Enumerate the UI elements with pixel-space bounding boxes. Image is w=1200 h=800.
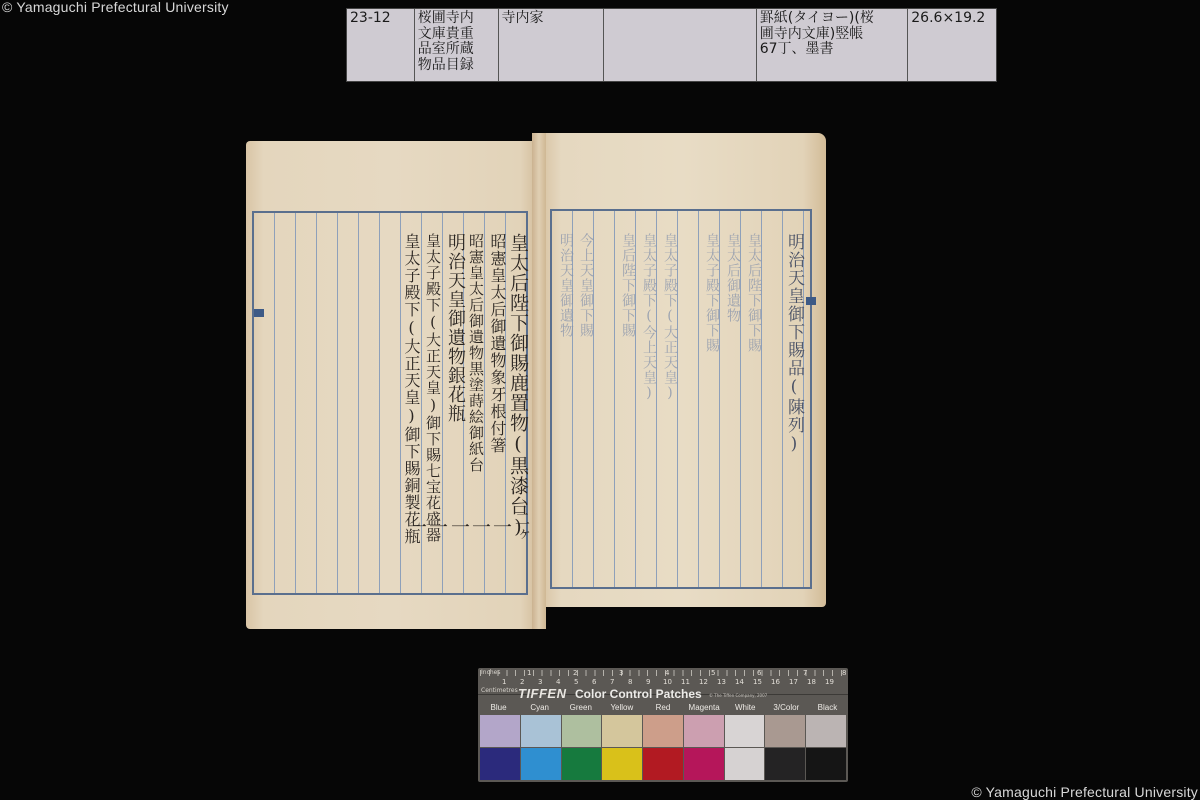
right-faint-entry-4: 皇太子殿下(大正天皇) (660, 233, 680, 402)
cm-mark: 16 (771, 678, 780, 686)
patch-label: Red (642, 703, 683, 712)
color-patch-black-dark (806, 748, 846, 780)
copyright-watermark-top: © Yamaguchi Prefectural University (2, 0, 229, 15)
color-patch-white-light (725, 715, 765, 747)
color-patch-red-light (643, 715, 683, 747)
card-cell-id: 23-12 (347, 9, 415, 81)
right-page-title: 明治天皇御下賜品(陳列) (784, 233, 804, 455)
inch-mark: 7 (803, 669, 807, 677)
color-patch-red-dark (643, 748, 683, 780)
patch-label: 3/Color (766, 703, 807, 712)
card-cell-description: 罫紙(タイヨー)(桜 圃寺内文庫)竪帳 67丁、墨書 (757, 9, 909, 81)
left-entry-5: 皇太子殿下(大正天皇)御下賜七宝花盛器 (423, 233, 443, 543)
left-count-5: 一 (427, 517, 447, 537)
tiffen-color-control-chart: Inches Centimetres 1 2 3 4 5 6 7 8 1 2 3… (478, 668, 848, 782)
left-count-4: 一 (449, 517, 469, 537)
cm-mark: 7 (610, 678, 614, 686)
right-faint-entry-8: 明治天皇御遺物 (556, 233, 576, 338)
cm-mark: 10 (663, 678, 672, 686)
centimetres-label: Centimetres (481, 687, 518, 694)
patch-label: Cyan (519, 703, 560, 712)
open-book: 皇太后陛下御賜鹿置物(黒漆台) 昭憲皇太后御遺物象牙根付箸 昭憲皇太后御遺物黒塗… (246, 133, 826, 631)
color-patch-3-color-dark (765, 748, 805, 780)
cm-mark: 4 (556, 678, 560, 686)
catalog-card-table: 23-12 桜圃寺内 文庫貴重 品室所蔵 物品目録 寺内家 罫紙(タイヨー)(桜… (346, 8, 997, 82)
left-entry-6: 皇太子殿下(大正天皇)御下賜銅製花瓶 (401, 233, 421, 545)
inch-mark: 5 (711, 669, 715, 677)
color-patch-magenta-light (684, 715, 724, 747)
left-entry-1: 皇太后陛下御賜鹿置物(黒漆台) (508, 233, 528, 539)
inch-mark: 6 (757, 669, 761, 677)
color-patch-white-dark (725, 748, 765, 780)
patch-label: Black (807, 703, 848, 712)
cm-mark: 3 (538, 678, 542, 686)
tiffen-logo: TIFFEN (518, 686, 567, 701)
inch-mark: 2 (573, 669, 577, 677)
cm-mark: 1 (502, 678, 506, 686)
left-entry-4: 明治天皇御遺物銀花瓶 (445, 233, 465, 423)
chart-copyright: © The Tiffen Company, 2007 (709, 693, 767, 698)
inch-mark: 3 (619, 669, 623, 677)
right-faint-entry-6: 皇后陛下御下賜 (618, 233, 638, 338)
color-patch-yellow-light (602, 715, 642, 747)
color-patch-blue-light (480, 715, 520, 747)
cm-mark: 18 (807, 678, 816, 686)
page-tab-marker-left (254, 309, 264, 317)
cm-mark: 14 (735, 678, 744, 686)
card-cell-dimensions: 26.6×19.2 (908, 9, 996, 81)
card-cell-owner: 寺内家 (499, 9, 605, 81)
left-count-6: 一 (406, 517, 426, 537)
patch-labels: Blue Cyan Green Yellow Red Magenta White… (478, 703, 848, 712)
right-faint-entry-3: 皇太子殿下御下賜 (702, 233, 722, 353)
color-patch-yellow-dark (602, 748, 642, 780)
cm-mark: 15 (753, 678, 762, 686)
patch-label: Magenta (684, 703, 725, 712)
chart-title: Color Control Patches (575, 687, 702, 701)
cm-mark: 8 (628, 678, 632, 686)
card-cell-blank (604, 9, 757, 81)
color-patch-3-color-light (765, 715, 805, 747)
cm-mark: 9 (646, 678, 650, 686)
left-entry-2: 昭憲皇太后御遺物象牙根付箸 (487, 233, 507, 454)
color-patch-cyan-light (521, 715, 561, 747)
color-patch-green-dark (562, 748, 602, 780)
right-faint-entry-5: 皇太子殿下(今上天皇) (639, 233, 659, 402)
copyright-watermark-bottom: © Yamaguchi Prefectural University (971, 784, 1198, 800)
left-count-1: 二ヶ (512, 511, 532, 543)
inch-mark: 1 (527, 669, 531, 677)
cm-mark: 17 (789, 678, 798, 686)
color-patch-blue-dark (480, 748, 520, 780)
inch-mark: 8 (842, 669, 846, 677)
patch-label: Blue (478, 703, 519, 712)
cm-mark: 12 (699, 678, 708, 686)
cm-mark: 6 (592, 678, 596, 686)
inch-mark: 4 (665, 669, 669, 677)
color-patch-magenta-dark (684, 748, 724, 780)
patch-label: White (725, 703, 766, 712)
card-cell-title: 桜圃寺内 文庫貴重 品室所蔵 物品目録 (415, 9, 499, 81)
book-gutter (532, 133, 546, 629)
color-patch-black-light (806, 715, 846, 747)
cm-mark: 5 (574, 678, 578, 686)
patch-label: Yellow (601, 703, 642, 712)
right-faint-entry-7: 今上天皇御下賜 (576, 233, 596, 338)
cm-mark: 2 (520, 678, 524, 686)
inch-ticks (480, 670, 846, 676)
left-entry-3: 昭憲皇太后御遺物黒塗蒔絵御紙台 (466, 233, 486, 473)
left-count-2: 一 (491, 517, 511, 537)
page-tab-marker-right (806, 297, 816, 305)
cm-mark: 19 (825, 678, 834, 686)
left-count-3: 一 (470, 517, 490, 537)
cm-mark: 11 (681, 678, 690, 686)
color-patch-cyan-dark (521, 748, 561, 780)
color-patch-green-light (562, 715, 602, 747)
right-faint-entry-1: 皇太后陛下御下賜 (744, 233, 764, 353)
cm-mark: 13 (717, 678, 726, 686)
patch-label: Green (560, 703, 601, 712)
inches-label: Inches (481, 669, 501, 676)
color-patches-grid (480, 715, 846, 780)
right-faint-entry-2: 皇太后御遺物 (723, 233, 743, 323)
